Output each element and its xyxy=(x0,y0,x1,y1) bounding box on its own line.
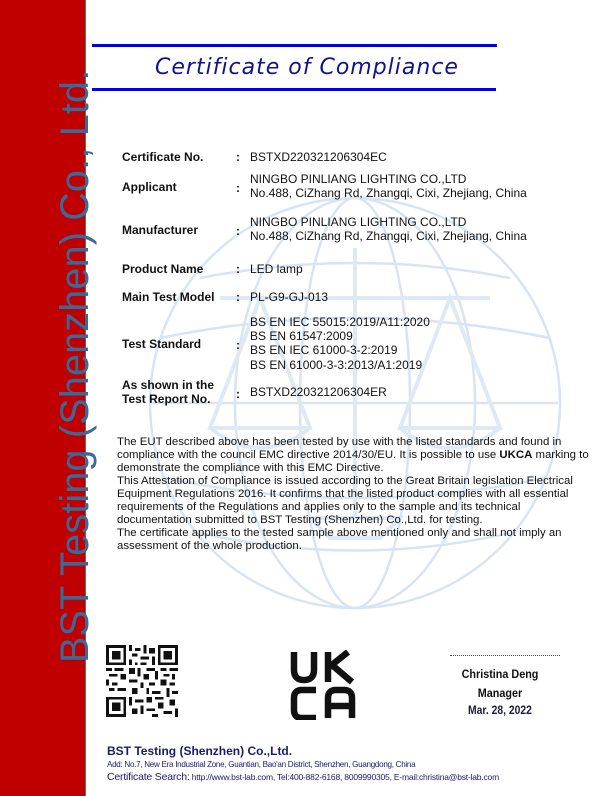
footer-company-name: BST Testing (Shenzhen) Co.,Ltd. xyxy=(107,744,292,758)
manufacturer-name: NINGBO PINLIANG LIGHTING CO.,LTD xyxy=(250,215,527,229)
colon: : xyxy=(236,181,240,195)
compliance-statement: The EUT described above has been tested … xyxy=(117,436,597,553)
main-test-model-label: Main Test Model xyxy=(122,290,214,304)
applicant-label: Applicant xyxy=(122,180,177,194)
ukca-mark-icon xyxy=(290,650,356,720)
certificate-no-value: BSTXD220321206304EC xyxy=(250,150,387,164)
side-banner-text: BST Testing (Shenzhen) Co., Ltd. xyxy=(53,70,98,663)
issue-date: Mar. 28, 2022 xyxy=(446,705,554,717)
footer-contact-details[interactable]: http://www.bst-lab.com, Tel:400-882-6168… xyxy=(190,772,499,782)
colon: : xyxy=(236,387,240,401)
statement-paragraph-2: This Attestation of Compliance is issued… xyxy=(117,475,597,527)
ukca-emphasis: UKCA xyxy=(499,449,532,461)
signatory-title: Manager xyxy=(446,686,554,700)
test-standard-item: BS EN 61547:2009 xyxy=(250,329,430,343)
signature-line xyxy=(450,655,560,656)
test-standard-item: BS EN IEC 61000-3-2:2019 xyxy=(250,343,430,357)
colon: : xyxy=(236,224,240,238)
product-name-value: LED lamp xyxy=(250,262,303,276)
title-top-rule xyxy=(92,44,497,47)
applicant-name: NINGBO PINLIANG LIGHTING CO.,LTD xyxy=(250,172,527,186)
colon: : xyxy=(236,150,240,164)
footer-address: Add: No.7, New Era Industrial Zone, Guan… xyxy=(107,759,415,769)
signatory-name: Christina Deng xyxy=(446,667,554,681)
statement-paragraph-3: The certificate applies to the tested sa… xyxy=(117,527,597,553)
test-standard-item: BS EN 61000-3-3:2013/A1:2019 xyxy=(250,358,430,372)
certificate-search-label: Certificate Search: xyxy=(107,771,190,783)
main-test-model-value: PL-G9-GJ-013 xyxy=(250,290,328,304)
applicant-address: No.488, CiZhang Rd, Zhangqi, Cixi, Zheji… xyxy=(250,186,527,200)
test-report-value: BSTXD220321206304ER xyxy=(250,385,387,399)
certificate-no-label: Certificate No. xyxy=(122,150,203,164)
qr-code-icon[interactable] xyxy=(106,645,178,717)
colon: : xyxy=(236,290,240,304)
statement-text: The EUT described above has been tested … xyxy=(117,436,561,461)
test-standard-item: BS EN IEC 55015:2019/A11:2020 xyxy=(250,315,430,329)
test-report-label-line: As shown in the xyxy=(122,378,214,392)
colon: : xyxy=(236,338,240,352)
manufacturer-label: Manufacturer xyxy=(122,223,198,237)
test-standard-list: BS EN IEC 55015:2019/A11:2020 BS EN 6154… xyxy=(250,315,430,372)
footer-contact: Certificate Search: http://www.bst-lab.c… xyxy=(107,771,499,783)
title-bottom-rule xyxy=(92,88,496,91)
manufacturer-value: NINGBO PINLIANG LIGHTING CO.,LTD No.488,… xyxy=(250,215,527,243)
side-banner: BST Testing (Shenzhen) Co., Ltd. xyxy=(0,0,86,796)
test-report-label: As shown in the Test Report No. xyxy=(122,378,214,406)
statement-paragraph-1: The EUT described above has been tested … xyxy=(117,436,597,475)
test-report-label-line: Test Report No. xyxy=(122,392,214,406)
manufacturer-address: No.488, CiZhang Rd, Zhangqi, Cixi, Zheji… xyxy=(250,229,527,243)
colon: : xyxy=(236,262,240,276)
applicant-value: NINGBO PINLIANG LIGHTING CO.,LTD No.488,… xyxy=(250,172,527,200)
test-standard-label: Test Standard xyxy=(122,337,201,351)
product-name-label: Product Name xyxy=(122,262,203,276)
page-title: Certificate of Compliance xyxy=(155,55,459,80)
